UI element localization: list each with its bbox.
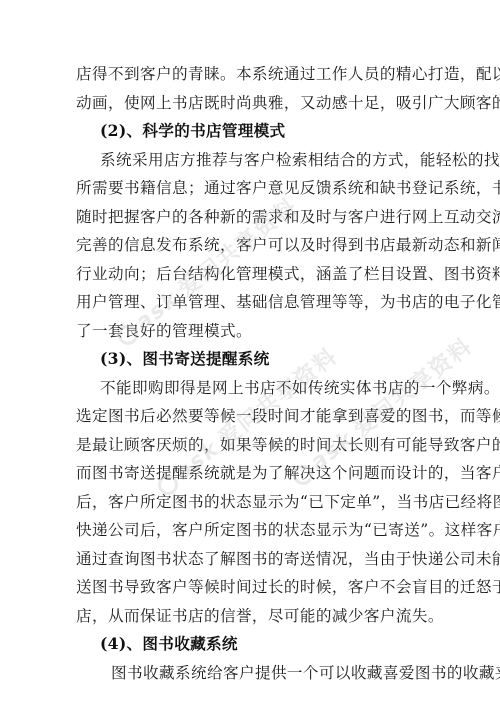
paragraph-line: 是最让顾客厌烦的，如果等候的时间太长则有可能导致客户的流失。 — [76, 433, 428, 457]
document-page: 店得不到客户的青睐。本系统通过工作人员的精心打造，配以精致的 动画，使网上书店既… — [0, 0, 500, 707]
paragraph-line: 了一套良好的管理模式。 — [76, 319, 252, 343]
paragraph-line: 而图书寄送提醒系统就是为了解决这个问题而设计的，当客户下订单 — [76, 461, 428, 485]
paragraph-line: 动画，使网上书店既时尚典雅，又动感十足，吸引广大顾客的光临。 — [76, 91, 500, 115]
paragraph-line: 所需要书籍信息；通过客户意见反馈系统和缺书登记系统，书店可以 — [76, 176, 428, 200]
paragraph-line: 完善的信息发布系统，客户可以及时得到书店最新动态和新闻，掌握 — [76, 233, 428, 257]
paragraph-line: 不能即购即得是网上书店不如传统实体书店的一个弊病。当顾客 — [100, 376, 428, 400]
paragraph-line: 选定图书后必然要等候一段时间才能拿到喜爱的图书，而等候的时间 — [76, 404, 428, 428]
paragraph-line: 用户管理、订单管理、基础信息管理等等，为书店的电子化管理提供 — [76, 290, 428, 314]
paragraph-line: 行业动向；后台结构化管理模式，涵盖了栏目设置、图书资料编辑、 — [76, 262, 428, 286]
paragraph-line: 系统采用店方推荐与客户检索相结合的方式，能轻松的找到客户 — [100, 148, 428, 172]
paragraph-line: 店，从而保证书店的信誉，尽可能的减少客户流失。 — [76, 604, 444, 628]
paragraph-line: 店得不到客户的青睐。本系统通过工作人员的精心打造，配以精致的 — [76, 62, 428, 86]
paragraph-line: 快递公司后，客户所定图书的状态显示为“已寄送”。这样客户就可以 — [76, 518, 428, 542]
paragraph-line: 图书收藏系统给客户提供一个可以收藏喜爱图书的收藏夹，客 — [111, 661, 428, 685]
section-heading-3: (3)、图书寄送提醒系统 — [100, 347, 270, 371]
section-heading-2: (2)、科学的书店管理模式 — [100, 119, 285, 143]
section-heading-4: (4)、图书收藏系统 — [100, 632, 238, 656]
paragraph-line: 随时把握客户的各种新的需求和及时与客户进行网上互动交流；通过 — [76, 205, 428, 229]
paragraph-line: 送图书导致客户等候时间过长的时候，客户不会盲目的迁怒于网上书 — [76, 575, 428, 599]
paragraph-line: 通过查询图书状态了解图书的寄送情况，当由于快递公司未能按时寄 — [76, 547, 428, 571]
paragraph-line: 后，客户所定图书的状态显示为“已下定单”，当书店已经将图书交给 — [76, 490, 428, 514]
